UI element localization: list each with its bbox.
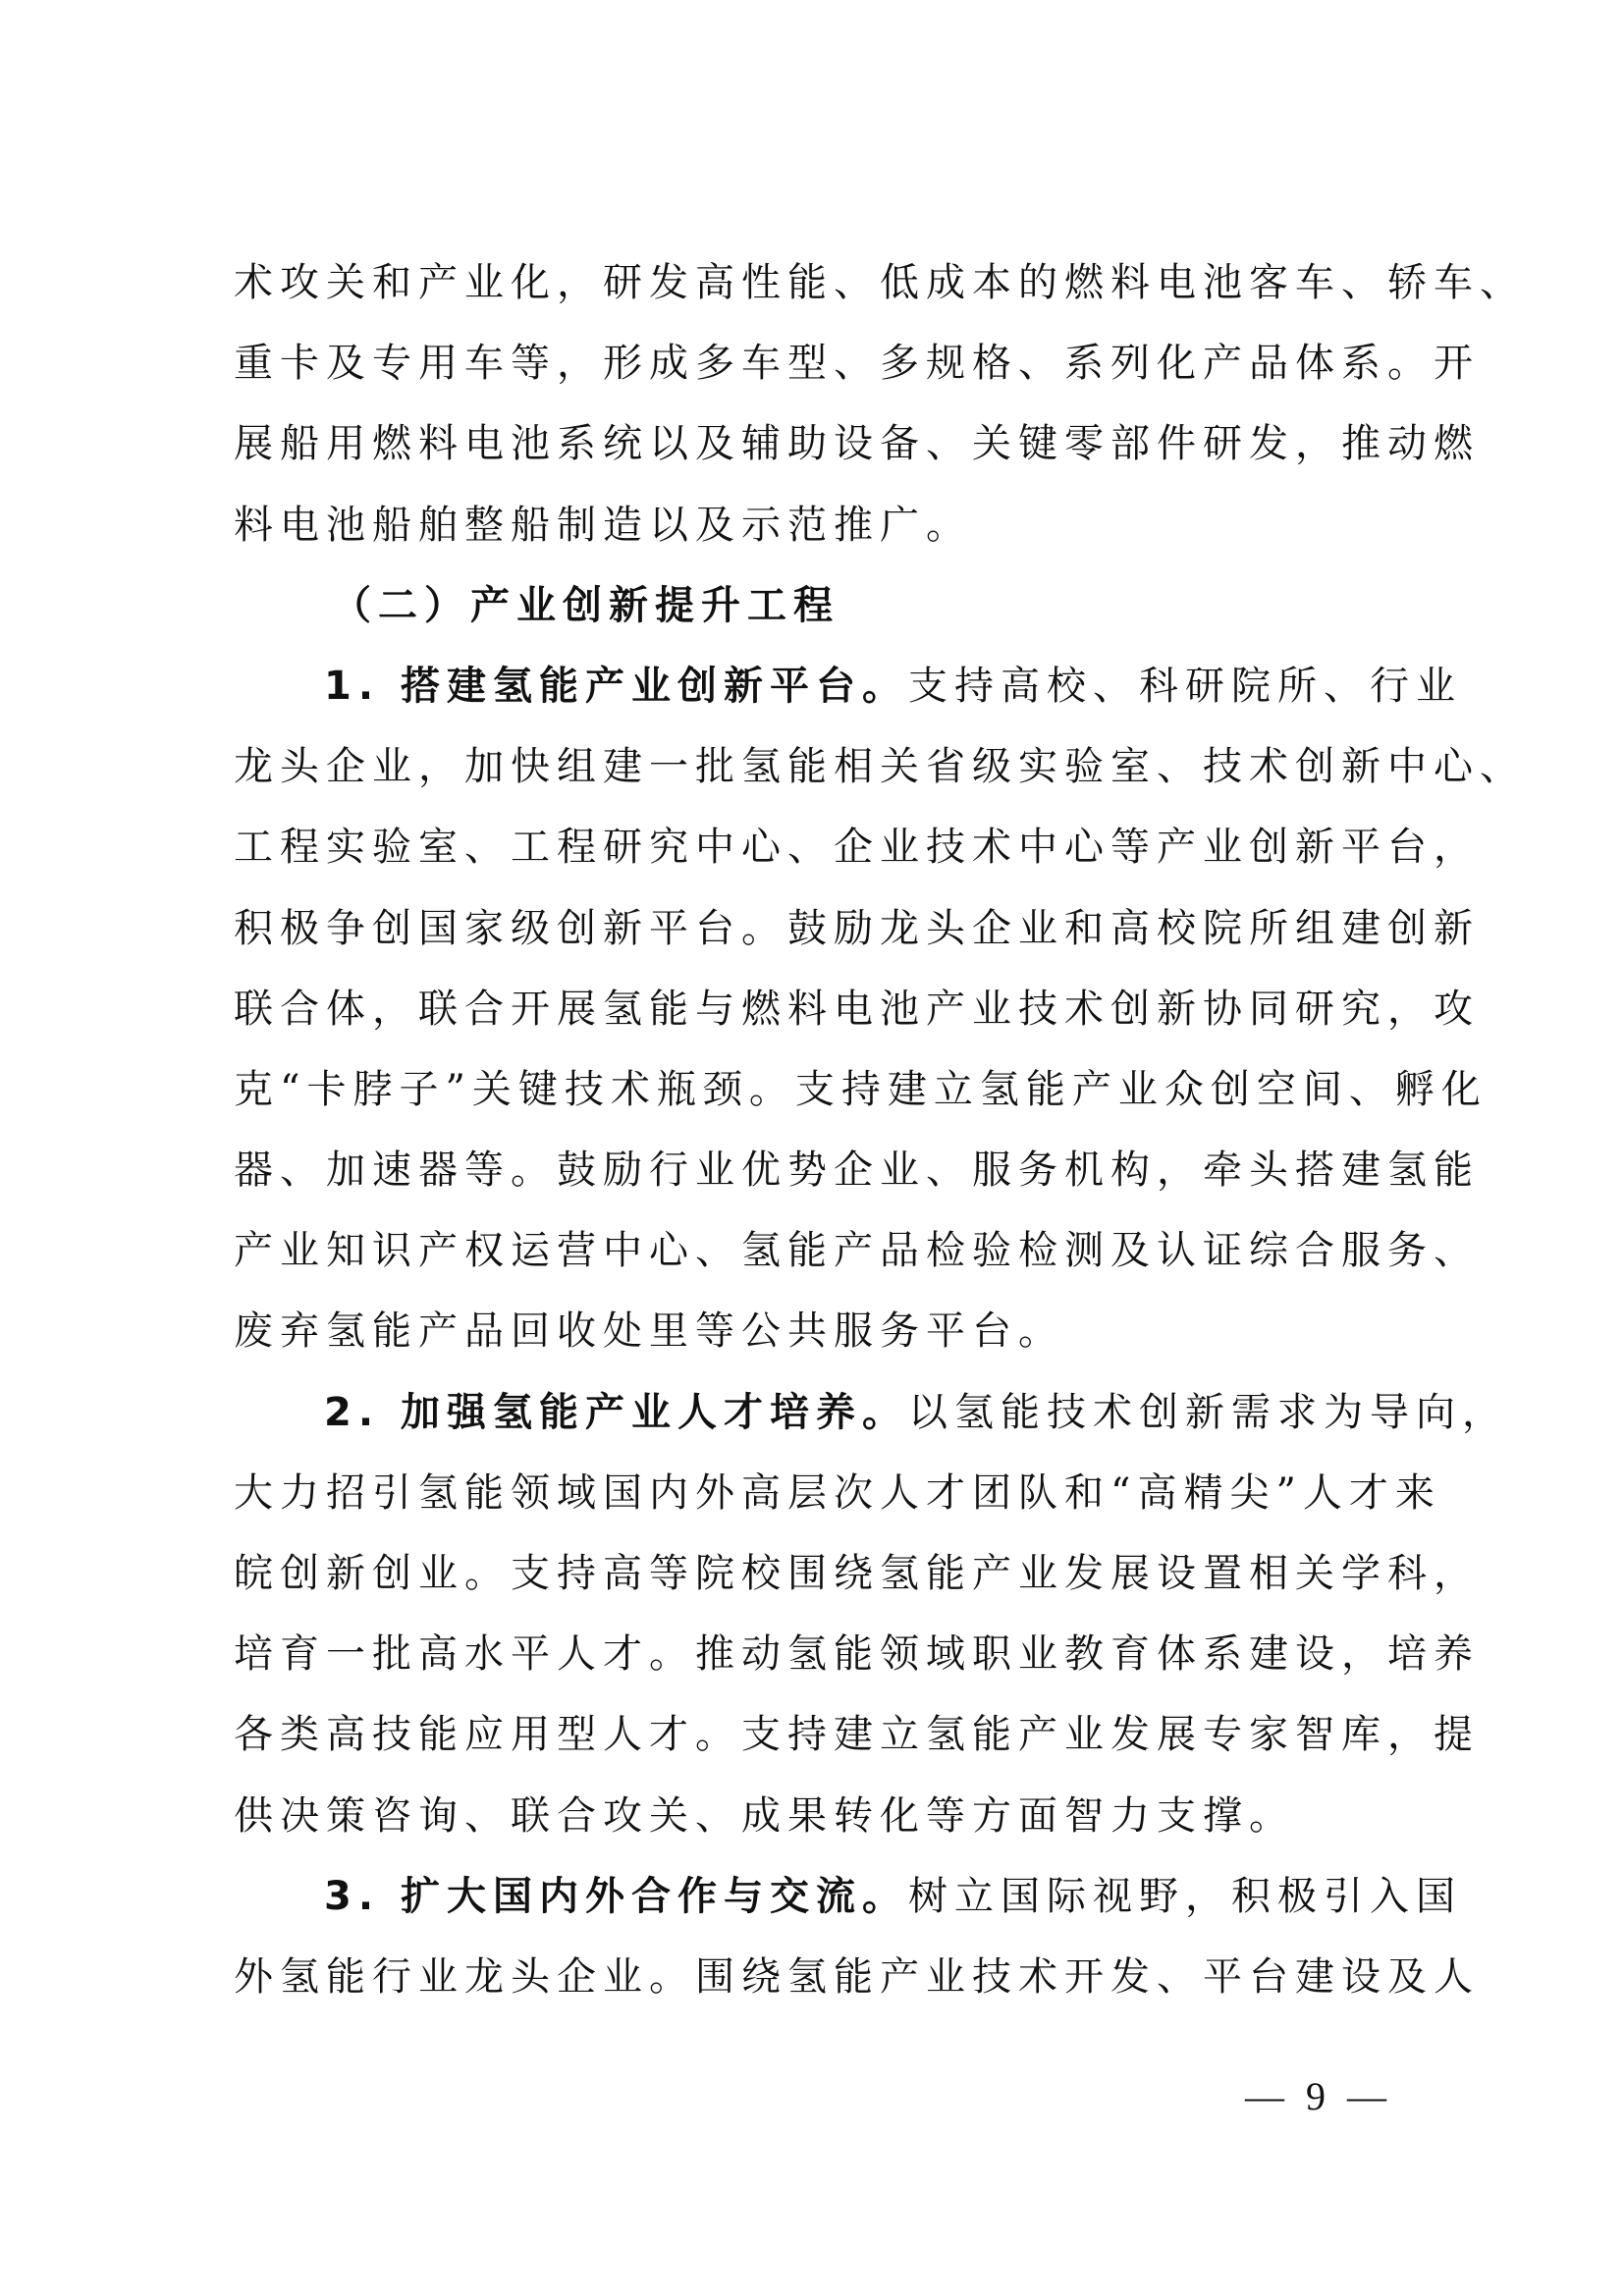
item2-title: 2. 加强氢能产业人才培养。 [324,1390,908,1435]
paragraph-line: 料电池船舶整船制造以及示范推广。 [234,485,1392,565]
paragraph-line: 器、加速器等。鼓励行业优势企业、服务机构，牵头搭建氢能 [234,1130,1392,1210]
paragraph-line: 各类高技能应用型人才。支持建立氢能产业发展专家智库，提 [234,1694,1392,1775]
paragraph-line: 工程实验室、工程研究中心、企业技术中心等产业创新平台， [234,807,1392,887]
item2-first-line-text: 以氢能技术创新需求为导向， [908,1390,1508,1435]
paragraph-line: 培育一批高水平人才。推动氢能领域职业教育体系建设，培养 [234,1614,1392,1694]
paragraph-line: 龙头企业，加快组建一批氢能相关省级实验室、技术创新中心、 [234,726,1392,807]
paragraph-line: 联合体，联合开展氢能与燃料电池产业技术创新协同研究，攻 [234,969,1392,1049]
paragraph-line: 废弃氢能产品回收处里等公共服务平台。 [234,1291,1392,1371]
paragraph-line: 皖创新创业。支持高等院校围绕氢能产业发展设置相关学科， [234,1533,1392,1614]
paragraph-line: 产业知识产权运营中心、氢能产品检验检测及认证综合服务、 [234,1210,1392,1291]
paragraph-line: 术攻关和产业化，研发高性能、低成本的燃料电池客车、轿车、 [234,242,1392,323]
item1-first-line: 1. 搭建氢能产业创新平台。支持高校、科研院所、行业 [234,646,1392,726]
item1-first-line-text: 支持高校、科研院所、行业 [908,664,1462,709]
page-number: — 9 — [1245,2073,1392,2119]
paragraph-line: 大力招引氢能领域国内外高层次人才团队和“高精尖”人才来 [234,1453,1392,1533]
body-text: 术攻关和产业化，研发高性能、低成本的燃料电池客车、轿车、 重卡及专用车等，形成多… [234,242,1392,2017]
item1-title: 1. 搭建氢能产业创新平台。 [324,664,908,709]
paragraph-line: 重卡及专用车等，形成多车型、多规格、系列化产品体系。开 [234,323,1392,403]
paragraph-line: 供决策咨询、联合攻关、成果转化等方面智力支撑。 [234,1776,1392,1856]
item3-title: 3. 扩大国内外合作与交流。 [324,1874,908,1919]
paragraph-line: 外氢能行业龙头企业。围绕氢能产业技术开发、平台建设及人 [234,1937,1392,2017]
paragraph-line: 展船用燃料电池系统以及辅助设备、关键零部件研发，推动燃 [234,403,1392,484]
document-page: 术攻关和产业化，研发高性能、低成本的燃料电池客车、轿车、 重卡及专用车等，形成多… [0,0,1624,2296]
section-heading: （二）产业创新提升工程 [234,565,1392,646]
item3-first-line-text: 树立国际视野，积极引入国 [908,1874,1462,1919]
paragraph-line: 积极争创国家级创新平台。鼓励龙头企业和高校院所组建创新 [234,888,1392,969]
paragraph-line: 克“卡脖子”关键技术瓶颈。支持建立氢能产业众创空间、孵化 [234,1049,1392,1130]
item3-first-line: 3. 扩大国内外合作与交流。树立国际视野，积极引入国 [234,1856,1392,1937]
item2-first-line: 2. 加强氢能产业人才培养。以氢能技术创新需求为导向， [234,1372,1392,1453]
